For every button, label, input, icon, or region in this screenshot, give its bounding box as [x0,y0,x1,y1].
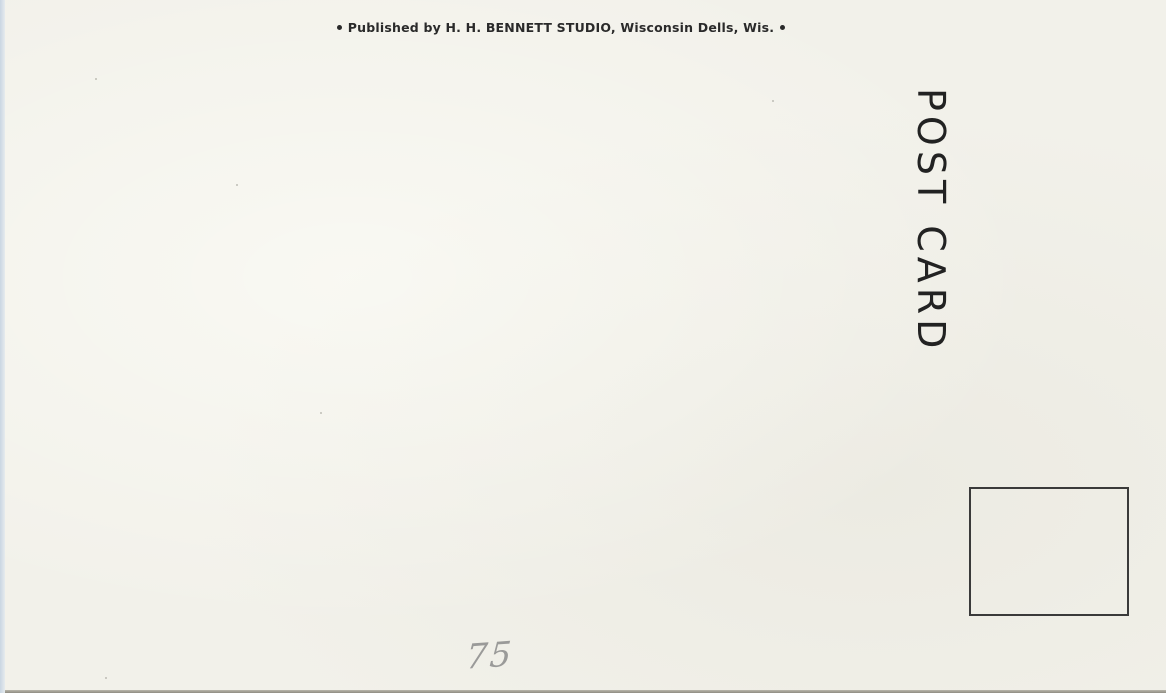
post-card-title-text: POST CARD [912,88,950,353]
paper-speck [772,100,774,102]
bullet-dot-icon [337,25,342,30]
publisher-text: Published by H. H. BENNETT STUDIO, Wisco… [348,20,774,35]
bullet-dot-icon [780,25,785,30]
stamp-placement-box [969,487,1129,616]
paper-speck [95,78,97,80]
card-left-edge [0,0,5,693]
paper-speck [105,677,107,679]
handwritten-price-note: 75 [465,634,515,678]
paper-speck [236,184,238,186]
postcard-back: Published by H. H. BENNETT STUDIO, Wisco… [0,0,1166,693]
publisher-line: Published by H. H. BENNETT STUDIO, Wisco… [326,20,796,35]
paper-speck [320,412,322,414]
